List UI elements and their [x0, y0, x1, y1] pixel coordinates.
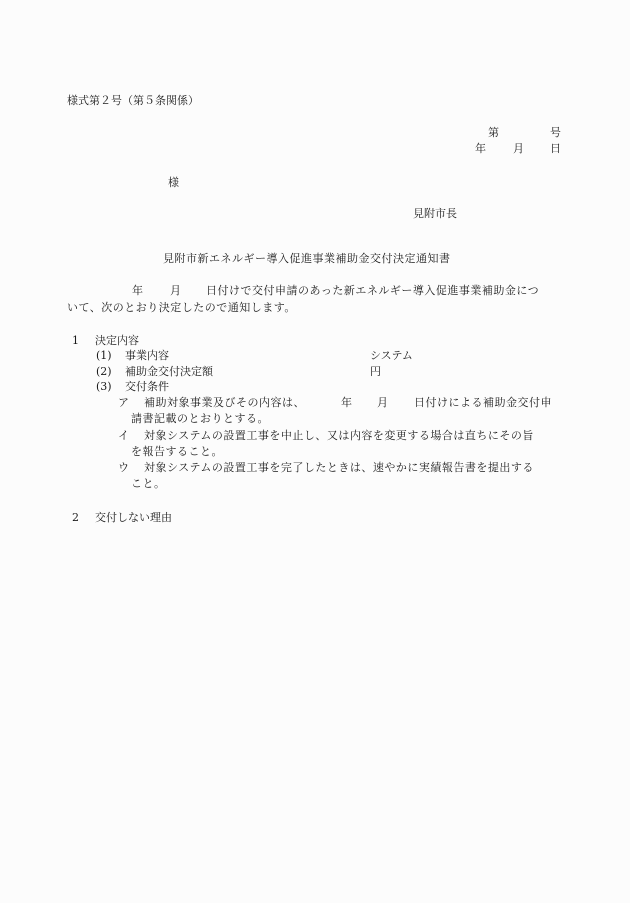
document-number-suffix: 号 [550, 127, 561, 138]
section1-number: 1 [72, 335, 79, 346]
intro-month: 月 [170, 285, 181, 296]
condition-a-mark: ア [118, 397, 129, 408]
addressee-suffix: 様 [168, 177, 179, 188]
condition-a-year: 年 [341, 397, 352, 408]
condition-a-line1-b: 日付けによる補助金交付申 [414, 397, 552, 408]
condition-a-month: 月 [377, 397, 388, 408]
document-title: 見附市新エネルギー導入促進事業補助金交付決定通知書 [163, 253, 451, 264]
intro-line2: いて、次のとおり決定したので通知します。 [67, 302, 296, 313]
intro-year: 年 [132, 285, 143, 296]
condition-a-line2: 請書記載のとおりとする。 [131, 413, 269, 424]
intro-line1: 日付けで交付申請のあった新エネルギー導入促進事業補助金につ [206, 285, 539, 296]
item2-label: 補助金交付決定額 [125, 366, 213, 377]
condition-a-line1-a: 補助対象事業及びその内容は、 [144, 397, 305, 408]
item1-number: (1) [96, 350, 112, 361]
date-year: 年 [475, 143, 486, 154]
item2-value: 円 [370, 366, 381, 377]
form-label: 様式第２号（第５条関係） [67, 95, 199, 106]
condition-i-line1: 対象システムの設置工事を中止し、又は内容を変更する場合は直ちにその旨 [144, 430, 534, 441]
condition-u-mark: ウ [118, 462, 129, 473]
section1-heading: 決定内容 [95, 335, 139, 346]
item3-number: (3) [96, 381, 112, 392]
item1-value: システム [370, 350, 413, 361]
date-month: 月 [513, 143, 524, 154]
condition-u-line1: 対象システムの設置工事を完了したときは、速やかに実績報告書を提出する [144, 462, 534, 473]
condition-i-line2: を報告すること。 [131, 446, 223, 457]
section2-heading: 交付しない理由 [95, 512, 172, 523]
condition-u-line2: こと。 [131, 478, 166, 489]
condition-i-mark: イ [118, 430, 129, 441]
item3-label: 交付条件 [125, 381, 169, 392]
date-day: 日 [550, 143, 561, 154]
issuer-name: 見附市長 [413, 208, 457, 219]
section2-number: 2 [72, 512, 79, 523]
document-number-prefix: 第 [488, 127, 499, 138]
item1-label: 事業内容 [125, 350, 169, 361]
item2-number: (2) [96, 366, 112, 377]
